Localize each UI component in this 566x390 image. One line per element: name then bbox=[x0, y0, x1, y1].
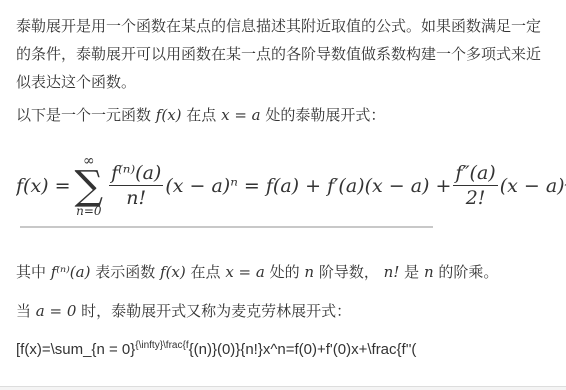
bottom-divider bbox=[0, 386, 566, 390]
lead-text: 以下是一个一元函数 bbox=[16, 106, 151, 124]
raw-latex-text: {(n)}(0)}{n!}x^n=f(0)+f'(0)x+\frac{f''( bbox=[189, 341, 417, 358]
text: 当 bbox=[16, 302, 31, 320]
lead-paragraph: 以下是一个一元函数 f(x) 在点 x = a 处的泰勒展开式： bbox=[16, 101, 385, 129]
fraction-numerator: f″(a) bbox=[453, 162, 497, 186]
math-fx: f(x) bbox=[160, 263, 186, 281]
text: 在点 bbox=[191, 263, 221, 281]
intro-line-1: 泰勒展开是用一个函数在某点的信息描述其附近取值的公式。如果函数满足一定 bbox=[16, 17, 541, 35]
taylor-formula: f(x) = ∞ ∑ n=0 f⁽ⁿ⁾(a) n! (x − a)ⁿ = f(a… bbox=[16, 150, 566, 222]
text: 阶导数， bbox=[319, 263, 379, 281]
text: 处的 bbox=[270, 263, 300, 281]
text: 表示函数 bbox=[95, 263, 155, 281]
fraction-2: f″(a) 2! bbox=[453, 162, 497, 210]
raw-latex-superscript: {\infty}\frac{f bbox=[135, 340, 188, 351]
taylor-formula-block[interactable]: f(x) = ∞ ∑ n=0 f⁽ⁿ⁾(a) n! (x − a)ⁿ = f(a… bbox=[16, 150, 566, 232]
formula-lhs: f(x) = bbox=[16, 175, 71, 197]
maclaurin-paragraph: 当 a = 0 时，泰勒展开式又称为麦克劳林展开式： bbox=[16, 297, 351, 325]
lead-text: 处的泰勒展开式： bbox=[265, 106, 385, 124]
fraction-denominator: n! bbox=[126, 186, 146, 210]
fraction-1: f⁽ⁿ⁾(a) n! bbox=[109, 162, 163, 210]
explain-paragraph: 其中 f⁽ⁿ⁾(a) 表示函数 f(x) 在点 x = a 处的 n 阶导数， … bbox=[16, 258, 498, 286]
formula-scrollbar-thumb[interactable] bbox=[20, 226, 433, 228]
summation: ∞ ∑ n=0 bbox=[75, 154, 104, 218]
lead-text: 在点 bbox=[186, 106, 216, 124]
math-a-equals-0: a = 0 bbox=[36, 302, 77, 320]
intro-paragraph: 泰勒展开是用一个函数在某点的信息描述其附近取值的公式。如果函数满足一定 的条件，… bbox=[16, 12, 541, 96]
formula-term: (x − a)² bbox=[500, 175, 566, 197]
text: 的阶乘。 bbox=[438, 263, 498, 281]
fraction-numerator: f⁽ⁿ⁾(a) bbox=[109, 162, 163, 186]
text: 时，泰勒展开式又称为麦克劳林展开式： bbox=[81, 302, 351, 320]
text: 其中 bbox=[16, 263, 46, 281]
sum-lower-limit: n=0 bbox=[76, 204, 101, 218]
formula-term: (x − a)ⁿ = f(a) + f′(a)(x − a) + bbox=[165, 175, 451, 197]
sigma-icon: ∑ bbox=[75, 168, 104, 204]
raw-latex-line: [f(x)=\sum_{n = 0}{\infty}\frac{f{(n)}(0… bbox=[16, 340, 416, 358]
math-n: n bbox=[304, 263, 314, 281]
raw-latex-text: [f(x)=\sum_{n = 0} bbox=[16, 341, 135, 358]
text: 是 bbox=[404, 263, 419, 281]
intro-line-2: 的条件，泰勒展开可以用函数在某一点的各阶导数值做系数构建一个多项式来近 bbox=[16, 45, 541, 63]
math-nth-derivative: f⁽ⁿ⁾(a) bbox=[51, 263, 91, 281]
math-x-equals-a: x = a bbox=[221, 106, 261, 124]
math-n-factorial: n! bbox=[384, 263, 400, 281]
fraction-denominator: 2! bbox=[466, 186, 486, 210]
math-fx: f(x) bbox=[156, 106, 182, 124]
math-x-equals-a: x = a bbox=[225, 263, 265, 281]
math-n: n bbox=[424, 263, 434, 281]
intro-line-3: 似表达这个函数。 bbox=[16, 73, 136, 91]
